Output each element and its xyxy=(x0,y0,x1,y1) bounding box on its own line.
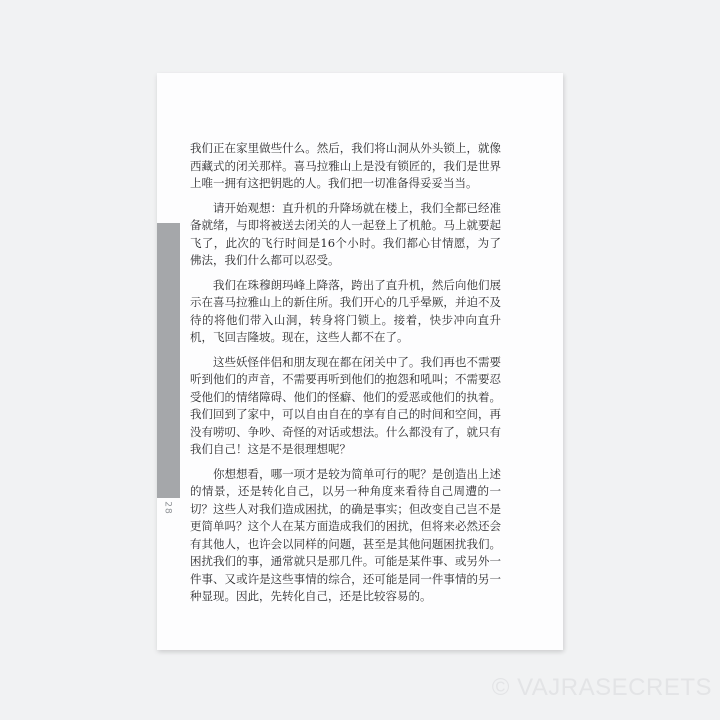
paragraph: 我们在珠穆朗玛峰上降落，跨出了直升机，然后向他们展示在喜马拉雅山上的新住所。我们… xyxy=(190,277,501,347)
book-page: 28 我们正在家里做些什么。然后，我们将山洞从外头锁上，就像西藏式的闭关那样。喜… xyxy=(157,73,563,650)
canvas-background: 28 我们正在家里做些什么。然后，我们将山洞从外头锁上，就像西藏式的闭关那样。喜… xyxy=(0,0,720,720)
body-text: 我们正在家里做些什么。然后，我们将山洞从外头锁上，就像西藏式的闭关那样。喜马拉雅… xyxy=(190,140,501,613)
page-number: 28 xyxy=(163,497,173,520)
paragraph: 请开始观想：直升机的升降场就在楼上，我们全都已经准备就绪，与即将被送去闭关的人一… xyxy=(190,200,501,270)
watermark: © VAJRASECRETS xyxy=(492,674,712,702)
paragraph: 这些妖怪伴侣和朋友现在都在闭关中了。我们再也不需要听到他们的声音，不需要再听到他… xyxy=(190,354,501,459)
paragraph: 我们正在家里做些什么。然后，我们将山洞从外头锁上，就像西藏式的闭关那样。喜马拉雅… xyxy=(190,140,501,193)
margin-bar xyxy=(157,223,180,498)
paragraph: 你想想看，哪一项才是较为简单可行的呢？是创造出上述的情景，还是转化自己，以另一种… xyxy=(190,466,501,606)
